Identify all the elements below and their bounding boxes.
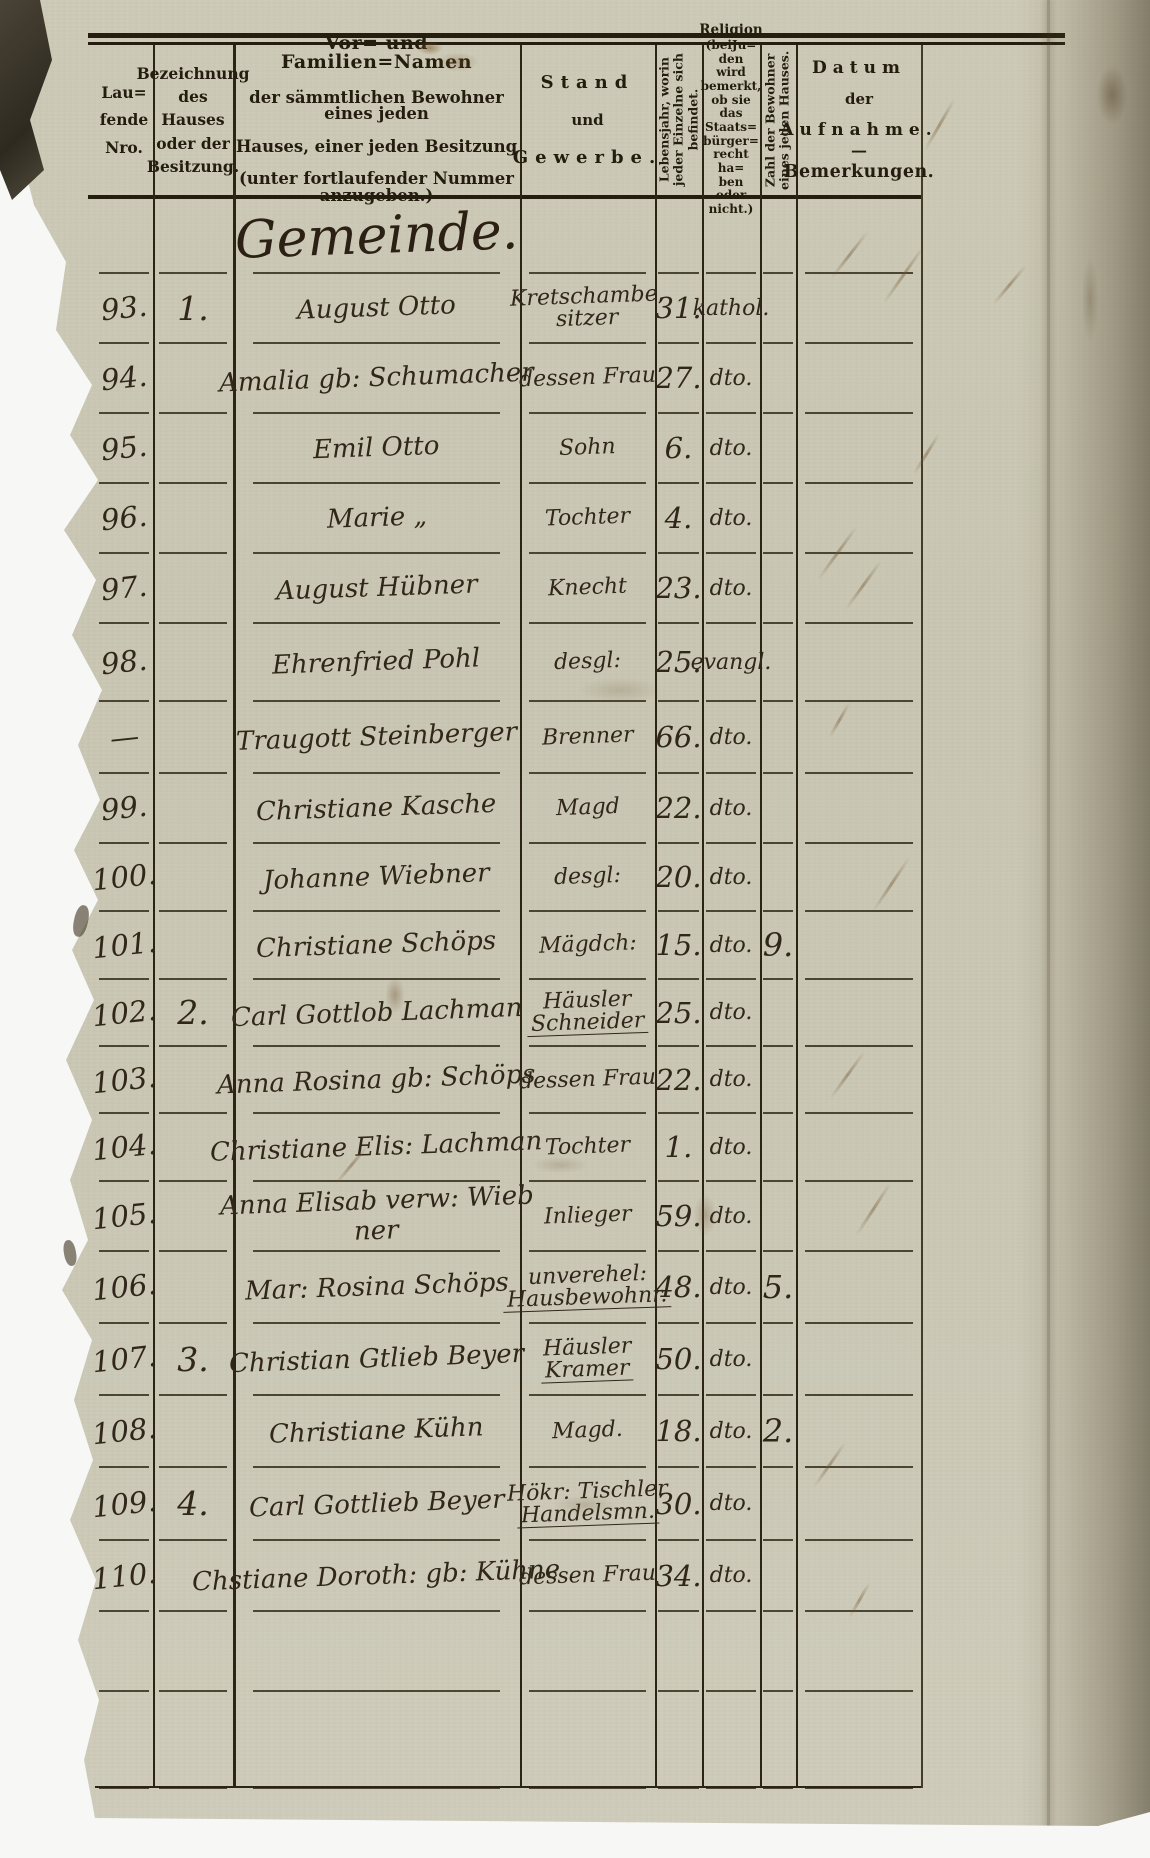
cell-age: 1. — [655, 1113, 702, 1181]
occupation: Mägdch: — [538, 932, 636, 957]
cell-name: Carl Gottlieb Beyer — [233, 1467, 520, 1540]
inhabitants-count-value: 5. — [763, 1268, 794, 1306]
age-value: 23. — [655, 571, 701, 605]
cell-name — [233, 1611, 520, 1691]
person-name: Johanne Wiebner — [263, 858, 491, 896]
religion-value: dto. — [710, 576, 753, 601]
cell-religion — [702, 1611, 760, 1691]
cell-inhabitants-count — [760, 553, 796, 623]
cell-inhabitants-count — [760, 1181, 796, 1251]
cell-religion: dto. — [702, 413, 760, 483]
cell-stand: Knecht — [520, 553, 655, 623]
cell-laufende-nr: 97. — [95, 553, 153, 623]
cell-laufende-nr: 98. — [95, 623, 153, 701]
cell-inhabitants-count — [760, 1611, 796, 1691]
cell-house-nr — [153, 701, 233, 773]
cell-house-nr — [153, 773, 233, 843]
religion-value: dto. — [710, 1067, 753, 1092]
header-text: Bemerkungen. — [784, 162, 935, 182]
entry-number: 109. — [90, 1483, 158, 1524]
religion-value: dto. — [710, 366, 753, 391]
cell-inhabitants-count — [760, 413, 796, 483]
entry-number: 100. — [90, 857, 158, 898]
cell-stand: Brenner — [520, 701, 655, 773]
cell-name: Traugott Steinberger — [233, 701, 520, 773]
cell-age: 48. — [655, 1251, 702, 1323]
age-value: 22. — [655, 791, 701, 825]
cell-date-remarks — [796, 1113, 922, 1181]
cell-inhabitants-count — [760, 623, 796, 701]
cell-laufende-nr: 101. — [95, 911, 153, 979]
occupation: Magd. — [552, 1419, 624, 1443]
header-text: des Hauses — [153, 85, 233, 132]
age-value: 20. — [655, 860, 701, 894]
age-value: 59. — [655, 1199, 701, 1233]
cell-name: Johanne Wiebner — [233, 843, 520, 911]
scratch-mark — [992, 265, 1026, 305]
cell-inhabitants-count — [760, 343, 796, 413]
entry-number: 107. — [90, 1339, 158, 1380]
occupation: dessen Frau — [519, 1066, 657, 1093]
cell-inhabitants-count — [760, 701, 796, 773]
cell-inhabitants-count — [760, 1467, 796, 1540]
cell-age: 6. — [655, 413, 702, 483]
person-name: Ehrenfried Pohl — [272, 643, 481, 680]
cell-laufende-nr: 105. — [95, 1181, 153, 1251]
table-row: 108. Christiane Kühn Magd. 18. dto. 2. — [95, 1395, 922, 1467]
inhabitants-count-value: 9. — [763, 926, 794, 964]
edge-tear-chip — [62, 1239, 78, 1267]
header-text: Aufnahme. — [780, 120, 937, 140]
cell-age: 34. — [655, 1540, 702, 1611]
age-value: 50. — [655, 1342, 701, 1376]
header-text: Hauses, einer jeden Besitzung — [236, 139, 517, 156]
cell-name: Christiane Schöps — [233, 911, 520, 979]
cell-date-remarks — [796, 413, 922, 483]
empty-table-row — [95, 1611, 922, 1691]
table-row: 97. August Hübner Knecht 23. dto. — [95, 553, 922, 623]
cell-house-nr — [153, 623, 233, 701]
register-table: Lau= fende Nro. Bezeichnung des Hauses o… — [95, 33, 922, 1823]
cell-stand: dessen Frau — [520, 1540, 655, 1611]
cell-age: 20. — [655, 843, 702, 911]
table-row: 96. Marie „ Tochter 4. dto. — [95, 483, 922, 553]
cell-name: Christiane Kasche — [233, 773, 520, 843]
cell-inhabitants-count — [760, 1046, 796, 1113]
cell-name: Amalia gb: Schumacher — [233, 343, 520, 413]
entry-number: 94. — [99, 359, 148, 398]
occupation: dessen Frau — [519, 1562, 657, 1589]
cell-date-remarks — [796, 911, 922, 979]
cell-name: August Otto — [233, 273, 520, 343]
binding-crease — [1047, 0, 1050, 1858]
cell-date-remarks — [796, 1611, 922, 1691]
age-value: 25. — [655, 996, 701, 1030]
person-name: August Otto — [297, 290, 457, 326]
cell-laufende-nr: 100. — [95, 843, 153, 911]
cell-religion: dto. — [702, 773, 760, 843]
cell-name: Emil Otto — [233, 413, 520, 483]
cell-religion: kathol. — [702, 273, 760, 343]
house-number: 1. — [177, 289, 209, 328]
age-value: 4. — [665, 501, 693, 535]
cell-name: Ehrenfried Pohl — [233, 623, 520, 701]
table-row: 110. Chstiane Doroth: gb: Kühne dessen F… — [95, 1540, 922, 1611]
cell-laufende-nr: 109. — [95, 1467, 153, 1540]
cell-stand: HäuslerKramer — [520, 1323, 655, 1395]
cell-house-nr — [153, 483, 233, 553]
person-name: Amalia gb: Schumacher — [219, 358, 535, 399]
header-text: Stand — [541, 72, 635, 93]
cell-age: 66. — [655, 701, 702, 773]
entry-number: 103. — [90, 1059, 158, 1100]
cell-laufende-nr: 96. — [95, 483, 153, 553]
table-row: 98. Ehrenfried Pohl desgl: 25. evangl. — [95, 623, 922, 701]
religion-value: dto. — [710, 1419, 753, 1444]
cell-date-remarks — [796, 979, 922, 1046]
cell-laufende-nr: 99. — [95, 773, 153, 843]
entry-number: 96. — [99, 499, 148, 538]
occupation: desgl: — [554, 865, 622, 889]
occupation: Inlieger — [543, 1203, 631, 1228]
cell-house-nr: 1. — [153, 273, 233, 343]
cell-religion: dto. — [702, 1467, 760, 1540]
age-value: 15. — [655, 928, 701, 962]
occupation-line2: Hausbewohnr. — [503, 1284, 672, 1313]
cell-inhabitants-count — [760, 1113, 796, 1181]
entry-number: 110. — [90, 1555, 158, 1596]
cell-laufende-nr: 102. — [95, 979, 153, 1046]
cell-stand — [520, 198, 655, 273]
person-name: Carl Gottlob Lachman — [230, 992, 522, 1032]
cell-name: Christiane Elis: Lachman — [233, 1113, 520, 1181]
entry-number: 99. — [99, 789, 148, 828]
cell-laufende-nr: 94. — [95, 343, 153, 413]
cell-laufende-nr: 107. — [95, 1323, 153, 1395]
house-number: 4. — [177, 1484, 209, 1523]
cell-house-nr — [153, 1691, 233, 1788]
gemeinde-heading: Gemeinde. — [234, 201, 519, 271]
table-body: Gemeinde. 93. 1. August Otto Kretschambe… — [95, 198, 922, 1788]
table-row: 102. 2. Carl Gottlob Lachman HäuslerSchn… — [95, 979, 922, 1046]
cell-stand: HäuslerSchneider — [520, 979, 655, 1046]
person-name: Christiane Kühn — [269, 1412, 484, 1449]
cell-religion: dto. — [702, 343, 760, 413]
entry-number: 95. — [99, 429, 148, 468]
cell-stand: Sohn — [520, 413, 655, 483]
person-name: Mar: Rosina Schöps — [244, 1267, 509, 1306]
religion-value: dto. — [710, 933, 753, 958]
person-name: Christiane Kasche — [256, 789, 497, 827]
cell-religion: dto. — [702, 701, 760, 773]
cell-inhabitants-count — [760, 483, 796, 553]
house-number: 2. — [177, 993, 209, 1032]
occupation-line2: Schneider — [526, 1010, 648, 1037]
cell-date-remarks — [796, 1323, 922, 1395]
cell-stand: dessen Frau — [520, 1046, 655, 1113]
person-name: August Hübner — [275, 569, 478, 606]
cell-religion: dto. — [702, 1251, 760, 1323]
table-row: 109. 4. Carl Gottlieb Beyer Hökr: Tischl… — [95, 1467, 922, 1540]
cell-stand: Inlieger — [520, 1181, 655, 1251]
table-row: 101. Christiane Schöps Mägdch: 15. dto. … — [95, 911, 922, 979]
cell-laufende-nr: 104. — [95, 1113, 153, 1181]
table-row: 94. Amalia gb: Schumacher dessen Frau 27… — [95, 343, 922, 413]
person-name-line2: ner — [354, 1215, 400, 1247]
cell-date-remarks — [796, 343, 922, 413]
religion-value: dto. — [710, 1135, 753, 1160]
table-row: 106. Mar: Rosina Schöps unverehel:Hausbe… — [95, 1251, 922, 1323]
cell-date-remarks — [796, 483, 922, 553]
table-row: 104. Christiane Elis: Lachman Tochter 1.… — [95, 1113, 922, 1181]
cell-house-nr — [153, 1611, 233, 1691]
cell-inhabitants-count: 9. — [760, 911, 796, 979]
cell-house-nr — [153, 413, 233, 483]
cell-name: Christian Gtlieb Beyer — [233, 1323, 520, 1395]
cell-house-nr — [153, 911, 233, 979]
religion-value: dto. — [710, 865, 753, 890]
cell-stand: Mägdch: — [520, 911, 655, 979]
age-value: 30. — [655, 1487, 701, 1521]
scanned-register-page: Lau= fende Nro. Bezeichnung des Hauses o… — [0, 0, 1150, 1858]
header-text: Datum — [812, 58, 906, 78]
occupation: desgl: — [554, 650, 622, 674]
cell-name: Mar: Rosina Schöps — [233, 1251, 520, 1323]
cell-name — [233, 1691, 520, 1788]
cell-age — [655, 198, 702, 273]
cell-inhabitants-count — [760, 773, 796, 843]
person-name: Emil Otto — [313, 431, 440, 465]
table-row: 100. Johanne Wiebner desgl: 20. dto. — [95, 843, 922, 911]
cell-stand — [520, 1611, 655, 1691]
cell-house-nr — [153, 198, 233, 273]
cell-age: 50. — [655, 1323, 702, 1395]
cell-religion: dto. — [702, 1046, 760, 1113]
header-col-date-remarks: Datum der Aufnahme. — Bemerkungen. — [796, 45, 922, 195]
religion-value: dto. — [710, 436, 753, 461]
religion-value: dto. — [710, 796, 753, 821]
header-text: oder der — [156, 132, 229, 155]
cell-date-remarks — [796, 273, 922, 343]
cell-name: Christiane Kühn — [233, 1395, 520, 1467]
cell-inhabitants-count: 2. — [760, 1395, 796, 1467]
occupation: Sohn — [559, 436, 616, 460]
header-text: Gewerbe. — [513, 147, 663, 168]
entry-number: 104. — [90, 1127, 158, 1168]
cell-laufende-nr — [95, 1611, 153, 1691]
cell-date-remarks — [796, 198, 922, 273]
cell-laufende-nr: 95. — [95, 413, 153, 483]
cell-date-remarks — [796, 623, 922, 701]
header-text: bemerkt, — [701, 80, 762, 94]
header-text: recht ha= — [702, 148, 760, 175]
religion-value: dto. — [710, 1347, 753, 1372]
occupation-line2: Handelsmn. — [516, 1501, 659, 1529]
table-row: — Traugott Steinberger Brenner 66. dto. — [95, 701, 922, 773]
header-text: Vor= und Familien=Namen — [233, 34, 520, 72]
religion-value: dto. — [710, 725, 753, 750]
cell-religion — [702, 1691, 760, 1788]
cell-age: 30. — [655, 1467, 702, 1540]
cell-stand: dessen Frau — [520, 343, 655, 413]
age-value: 66. — [655, 720, 701, 754]
header-text: der sämmtlichen Bewohner eines jeden — [233, 90, 520, 123]
header-col-religion: Religion (beiJu= den wird bemerkt, ob si… — [702, 45, 760, 195]
house-number: 3. — [177, 1340, 209, 1379]
table-row: 107. 3. Christian Gtlieb Beyer HäuslerKr… — [95, 1323, 922, 1395]
religion-value: dto. — [710, 1491, 753, 1516]
age-value: 18. — [655, 1414, 701, 1448]
entry-number: 102. — [90, 992, 158, 1033]
religion-value: kathol. — [693, 296, 770, 321]
header-text: der — [845, 90, 873, 108]
cell-age — [655, 1611, 702, 1691]
cell-date-remarks — [796, 773, 922, 843]
cell-house-nr: 4. — [153, 1467, 233, 1540]
header-col-names: Vor= und Familien=Namen der sämmtlichen … — [233, 45, 520, 195]
cell-inhabitants-count — [760, 1691, 796, 1788]
cell-religion: dto. — [702, 1540, 760, 1611]
entry-number: 101. — [90, 925, 158, 966]
cell-religion: dto. — [702, 1323, 760, 1395]
cell-inhabitants-count — [760, 273, 796, 343]
cell-inhabitants-count — [760, 1540, 796, 1611]
header-text: fende — [100, 106, 149, 133]
cell-laufende-nr — [95, 1691, 153, 1788]
cell-laufende-nr: 110. — [95, 1540, 153, 1611]
religion-value: dto. — [710, 1275, 753, 1300]
religion-value: dto. — [710, 506, 753, 531]
cell-religion: dto. — [702, 979, 760, 1046]
cell-age — [655, 1691, 702, 1788]
cell-stand: unverehel:Hausbewohnr. — [520, 1251, 655, 1323]
entry-number: 97. — [99, 569, 148, 608]
cell-religion: dto. — [702, 553, 760, 623]
cell-stand: Tochter — [520, 1113, 655, 1181]
cell-laufende-nr: 106. — [95, 1251, 153, 1323]
cell-religion: dto. — [702, 483, 760, 553]
age-value: 48. — [655, 1270, 701, 1304]
inhabitants-count-value: 2. — [763, 1412, 794, 1450]
occupation-line2: sitzer — [556, 307, 619, 331]
header-text: ob sie das — [702, 94, 760, 121]
person-name: Christian Gtlieb Beyer — [229, 1339, 525, 1379]
cell-religion: evangl. — [702, 623, 760, 701]
cell-religion — [702, 198, 760, 273]
age-value: 27. — [655, 361, 701, 395]
cell-stand — [520, 1691, 655, 1788]
cell-laufende-nr: 108. — [95, 1395, 153, 1467]
religion-value: dto. — [710, 1563, 753, 1588]
cell-age: 18. — [655, 1395, 702, 1467]
person-name: Christiane Schöps — [256, 926, 497, 964]
occupation: Knecht — [548, 576, 628, 601]
cell-laufende-nr: — — [95, 701, 153, 773]
person-name: Christiane Elis: Lachman — [210, 1126, 543, 1168]
header-text: Religion — [699, 23, 762, 38]
cell-stand: Magd. — [520, 1395, 655, 1467]
cell-religion: dto. — [702, 843, 760, 911]
cell-religion: dto. — [702, 1395, 760, 1467]
table-row: 105. Anna Elisab verw: Wiebner Inlieger … — [95, 1181, 922, 1251]
header-divider-dash: — — [851, 146, 867, 156]
cell-date-remarks — [796, 843, 922, 911]
cell-inhabitants-count — [760, 979, 796, 1046]
cell-age: 22. — [655, 1046, 702, 1113]
cell-stand: desgl: — [520, 843, 655, 911]
entry-number: — — [108, 719, 140, 756]
age-value: 34. — [655, 1559, 701, 1593]
table-row: 93. 1. August Otto Kretschambe,sitzer 31… — [95, 273, 922, 343]
cell-laufende-nr: 93. — [95, 273, 153, 343]
occupation: Magd — [555, 796, 620, 820]
cell-house-nr — [153, 1251, 233, 1323]
cell-age: 4. — [655, 483, 702, 553]
cell-age: 15. — [655, 911, 702, 979]
occupation: dessen Frau — [519, 365, 657, 392]
entry-number: 105. — [90, 1196, 158, 1237]
empty-table-row — [95, 1691, 922, 1788]
cell-name: August Hübner — [233, 553, 520, 623]
cell-house-nr — [153, 1395, 233, 1467]
cell-date-remarks — [796, 1467, 922, 1540]
cell-date-remarks — [796, 1691, 922, 1788]
person-name: Carl Gottlieb Beyer — [248, 1484, 505, 1523]
age-value: 22. — [655, 1063, 701, 1097]
cell-date-remarks — [796, 1251, 922, 1323]
cell-age: 59. — [655, 1181, 702, 1251]
cell-stand: desgl: — [520, 623, 655, 701]
cell-inhabitants-count: 5. — [760, 1251, 796, 1323]
person-name: Chstiane Doroth: gb: Kühne — [192, 1554, 561, 1597]
header-text: (beiJu= — [706, 39, 757, 53]
table-row: 99. Christiane Kasche Magd 22. dto. — [95, 773, 922, 843]
cell-religion: dto. — [702, 1181, 760, 1251]
cell-religion: dto. — [702, 1113, 760, 1181]
occupation: Brenner — [541, 724, 633, 749]
header-text: und — [571, 111, 603, 129]
cell-name: Gemeinde. — [233, 198, 520, 273]
cell-name: Anna Elisab verw: Wiebner — [233, 1181, 520, 1251]
cell-name: Chstiane Doroth: gb: Kühne — [233, 1540, 520, 1611]
cell-house-nr: 3. — [153, 1323, 233, 1395]
cell-laufende-nr — [95, 198, 153, 273]
cell-age: 25. — [655, 979, 702, 1046]
cell-age: 23. — [655, 553, 702, 623]
cell-name: Marie „ — [233, 483, 520, 553]
header-text: Staats= — [705, 121, 757, 135]
cell-age: 27. — [655, 343, 702, 413]
header-text: Besitzung. — [147, 155, 239, 178]
cell-house-nr — [153, 553, 233, 623]
binding-shadow — [1018, 0, 1150, 1858]
cell-stand: Hökr: TischlerHandelsmn. — [520, 1467, 655, 1540]
cell-stand: Tochter — [520, 483, 655, 553]
cell-religion: dto. — [702, 911, 760, 979]
cell-inhabitants-count — [760, 198, 796, 273]
person-name: Traugott Steinberger — [235, 717, 517, 757]
age-value: 1. — [665, 1130, 693, 1164]
occupation: Tochter — [545, 1135, 631, 1160]
table-row: 95. Emil Otto Sohn 6. dto. — [95, 413, 922, 483]
header-text-vertical: Lebensjahr, worin jeder Einzelne sich be… — [657, 45, 700, 195]
cell-date-remarks — [796, 1395, 922, 1467]
cell-name: Anna Rosina gb: Schöps — [233, 1046, 520, 1113]
religion-value: dto. — [710, 1000, 753, 1025]
cell-age: 22. — [655, 773, 702, 843]
entry-number: 93. — [99, 289, 148, 328]
header-text: Nro. — [105, 134, 143, 161]
